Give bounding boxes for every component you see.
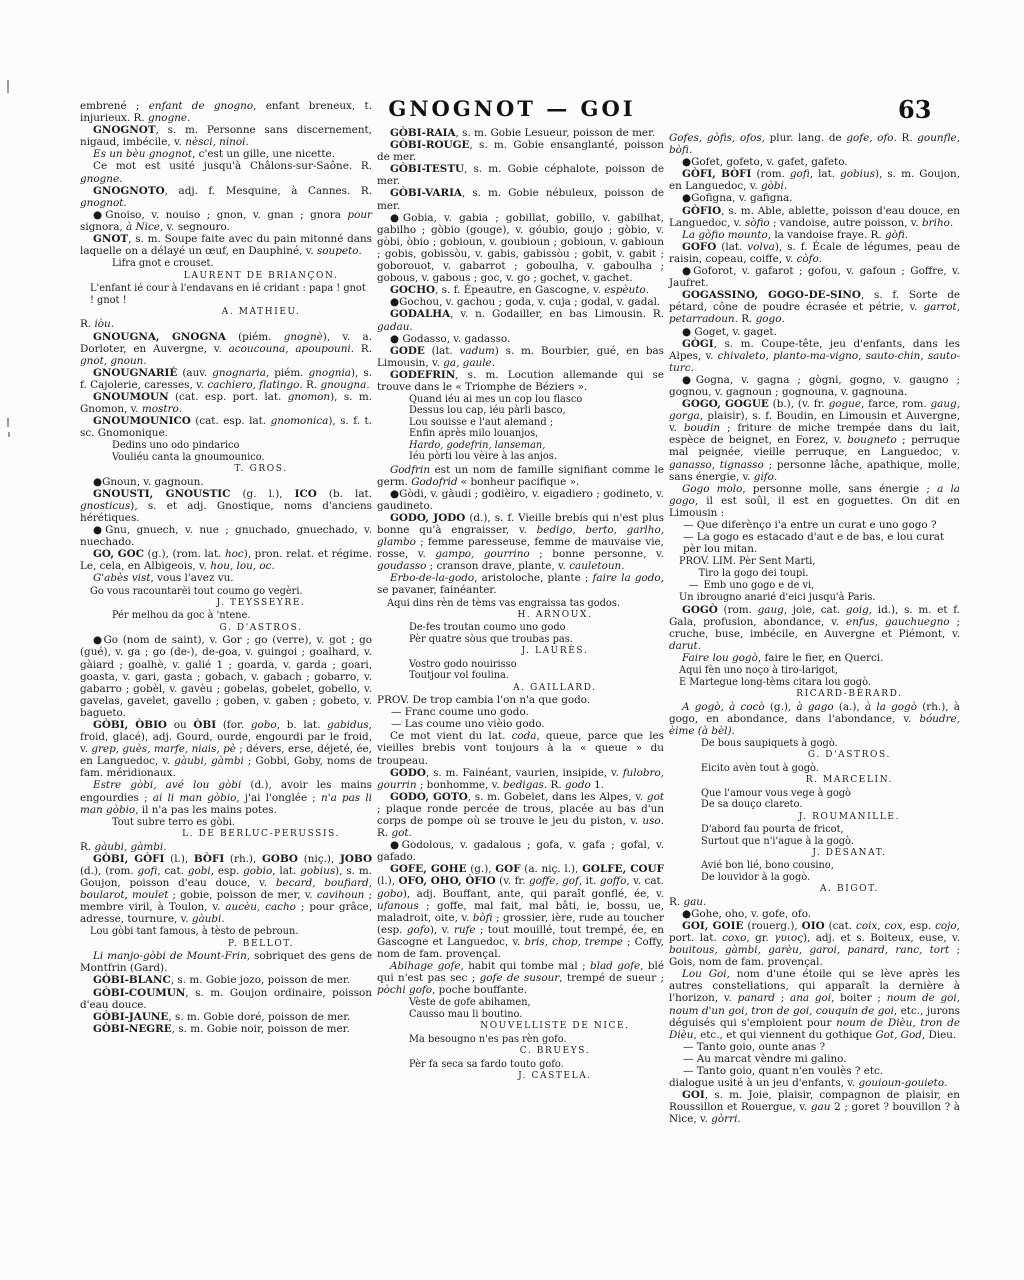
- dictionary-entry: GÒBI-BLANC, s. m. Gobie jozo, poisson de…: [80, 974, 372, 986]
- dictionary-entry: GNOGNOT, s. m. Personne sans discernemen…: [80, 124, 372, 148]
- dictionary-paragraph: embrené ; enfant de gnogno, enfant brene…: [80, 100, 372, 124]
- dictionary-paragraph: ●Gohe, oho, v. gofe, ofo.: [669, 908, 960, 920]
- verse-quote: Tout subre terro es gòbi.: [112, 817, 372, 828]
- dictionary-entry: GOI, GOIE (rouerg.), OIO (cat. coix, cox…: [669, 920, 960, 968]
- dictionary-paragraph: R. gàubi, gàmbi.: [80, 841, 372, 853]
- dictionary-entry: GÒBI-VARIA, s. m. Gobie nébuleux, poisso…: [377, 187, 664, 211]
- verse-quote: De bous saupiquets à gogò.: [701, 738, 960, 749]
- quote-attribution: RICARD-BÉRARD.: [669, 689, 960, 701]
- quote-attribution: L. DE BERLUC-PERUSSIS.: [80, 829, 372, 841]
- quote-attribution: G. D'ASTROS.: [669, 750, 960, 762]
- proverb-line: — Tanto goio, ounte anas ?: [669, 1041, 960, 1053]
- dictionary-paragraph: dialogue usité à un jeu d'enfants, v. go…: [669, 1077, 960, 1089]
- verse-quote: Vostro godo nouirisso Toutjour vol fouli…: [409, 659, 664, 682]
- quote-attribution: H. ARNOUX.: [377, 610, 664, 622]
- dictionary-paragraph: ●Goforot, v. gafarot ; gofou, v. gafoun …: [669, 265, 960, 289]
- dictionary-entry: GNOUMOUN (cat. esp. port. lat. gnomon), …: [80, 391, 372, 415]
- verse-quote: PROV. LIM. Pèr Sent Marti, Tiro la gogo …: [679, 556, 960, 579]
- dictionary-entry: GODEFRIN, s. m. Locution allemande qui s…: [377, 369, 664, 393]
- dictionary-paragraph: Gofes, gòfis, ofos, plur. lang. de gofe,…: [669, 132, 960, 156]
- dictionary-entry: GOFE, GOHE (g.), GOF (a. niç. l.), GOLFE…: [377, 863, 664, 960]
- proverb-line: — Que diferènço i'a entre un curat e uno…: [669, 519, 960, 531]
- dictionary-paragraph: ●Gogna, v. gagna ; gògni, gogno, v. gaug…: [669, 374, 960, 398]
- dictionary-paragraph: ●Godolous, v. gadalous ; gofa, v. gafa ;…: [377, 839, 664, 863]
- verse-quote: Lou gòbi tant famous, à tèsto de pebroun…: [90, 926, 372, 937]
- quote-attribution: A. BIGOT.: [669, 884, 960, 896]
- dictionary-entry: GNOT, s. m. Soupe faite avec du pain mit…: [80, 233, 372, 257]
- dictionary-paragraph: ●Gofigna, v. gafigna.: [669, 192, 960, 204]
- column-right: Gofes, gòfis, ofos, plur. lang. de gofe,…: [669, 132, 960, 1126]
- dictionary-paragraph: R. iòu.: [80, 318, 372, 330]
- dictionary-entry: GÒBI, GÒFI (l.), BÒFI (rh.), GOBO (niç.)…: [80, 853, 372, 926]
- dictionary-paragraph: A gogò, à cocò (g.), à gago (a.), à la g…: [669, 701, 960, 737]
- scan-artifact: [7, 80, 9, 93]
- verse-quote: Eicito avèn tout à gogò.: [701, 763, 960, 774]
- dictionary-entry: GNOUGNARIÉ (auv. gnognaria, piém. gnogni…: [80, 367, 372, 391]
- dictionary-entry: GNOGNOTO, adj. f. Mesquine, à Cannes. R.…: [80, 185, 372, 209]
- dictionary-paragraph: Ce mot est usité jusqu'à Châlons-sur-Saô…: [80, 160, 372, 184]
- dictionary-paragraph: Ce mot vient du lat. coda, queue, parce …: [377, 730, 664, 766]
- column-left: embrené ; enfant de gnogno, enfant brene…: [80, 100, 372, 1035]
- proverb-line: — Au marcat vèndre mi galino.: [669, 1053, 960, 1065]
- dictionary-paragraph: Lou Goi, nom d'une étoile qui se lève ap…: [669, 968, 960, 1041]
- verse-quote: Pér melhou da goc à 'ntene.: [112, 610, 372, 621]
- verse-quote: L'enfant ié cour à l'endavans en ié crid…: [90, 283, 372, 306]
- quote-attribution: T. GROS.: [80, 464, 372, 476]
- dictionary-paragraph: ●Gofet, gofeto, v. gafet, gafeto.: [669, 156, 960, 168]
- dictionary-entry: GNOUGNA, GNOGNA (piém. gnognè), v. a. Do…: [80, 331, 372, 367]
- dictionary-entry: GOCHO, s. f. Épeautre, en Gascogne, v. e…: [377, 284, 664, 296]
- verse-quote: Go vous racountarèi tout coumo go vegèri…: [90, 586, 372, 597]
- quote-attribution: J. TEYSSEYRE.: [80, 598, 372, 610]
- dictionary-entry: GÒBI-JAUNE, s. m. Gobie doré, poisson de…: [80, 1011, 372, 1023]
- dictionary-paragraph: ●Gnoiso, v. nouiso ; gnon, v. gnan ; gno…: [80, 209, 372, 233]
- dictionary-paragraph: ●Gochou, v. gachou ; goda, v. cuja ; god…: [377, 296, 664, 308]
- dictionary-entry: GÒBI-NEGRE, s. m. Gobie noir, poisson de…: [80, 1023, 372, 1035]
- scan-artifact: [8, 432, 10, 437]
- dictionary-paragraph: Erbo-de-la-godo, aristoloche, plante ; f…: [377, 572, 664, 596]
- scan-artifact: [7, 418, 9, 427]
- dictionary-entry: GÒBI, ÒBIO ou ÒBI (for. gobo, b. lat. ga…: [80, 719, 372, 779]
- dictionary-paragraph: Godfrin est un nom de famille signifiant…: [377, 464, 664, 488]
- dictionary-entry: GÒBI-COUMUN, s. m. Goujon ordinaire, poi…: [80, 987, 372, 1011]
- dictionary-entry: GÒGI, s. m. Coupe-tête, jeu d'enfants, d…: [669, 338, 960, 374]
- dictionary-paragraph: La gòfio mounto, la vandoise fraye. R. g…: [669, 229, 960, 241]
- column-middle: GÒBI-RAIA, s. m. Gobie Lesueur, poisson …: [377, 127, 664, 1083]
- verse-quote: Dedins uno odo pindarico Vouliéu canta l…: [112, 440, 372, 463]
- proverb-line: — La gogo es estacado d'aut e de bas, e …: [669, 531, 960, 555]
- proverb-line: — Franc coume uno godo.: [377, 706, 664, 718]
- dictionary-paragraph: ● Godasso, v. gadasso.: [377, 333, 664, 345]
- dictionary-paragraph: ● Goget, v. gaget.: [669, 326, 960, 338]
- dictionary-entry: GODALHA, v. n. Godailler, en bas Limousi…: [377, 308, 664, 332]
- dictionary-page: GNOGNOT — GOI 63 embrené ; enfant de gno…: [0, 0, 1024, 1280]
- dictionary-paragraph: Es un bèu gnognot, c'est un gille, une n…: [80, 148, 372, 160]
- dictionary-entry: GODE (lat. vadum) s. m. Bourbier, gué, e…: [377, 345, 664, 369]
- dictionary-entry: GOGO, GOGUE (b.), (v. fr. gogue, farce, …: [669, 398, 960, 483]
- dictionary-entry: GNOUMOUNICO (cat. esp. lat. gnomonica), …: [80, 415, 372, 439]
- quote-attribution: P. BELLOT.: [80, 939, 372, 951]
- dictionary-entry: GOGASSINO, GOGO-DE-SINO, s. f. Sorte de …: [669, 289, 960, 325]
- dictionary-entry: GOFO (lat. volva), s. f. Écale de légume…: [669, 241, 960, 265]
- dictionary-entry: GO, GOC (g.), (rom. lat. hoc), pron. rel…: [80, 548, 372, 572]
- verse-quote: Aqui fèn uno noço à tiro-larigot, E Mart…: [679, 665, 960, 688]
- quote-attribution: G. D'ASTROS.: [80, 623, 372, 635]
- quote-attribution: C. BRUEYS.: [377, 1046, 664, 1058]
- quote-attribution: NOUVELLISTE DE NICE.: [377, 1021, 664, 1033]
- dictionary-entry: GÒFI, BÒFI (rom. gofi, lat. gobius), s. …: [669, 168, 960, 192]
- verse-quote: Que l'amour vous vege à gogò De sa douço…: [701, 788, 960, 811]
- quote-attribution: LAURENT DE BRIANÇON.: [80, 271, 372, 283]
- dictionary-entry: GODO, s. m. Fainéant, vaurien, insipide,…: [377, 767, 664, 791]
- dictionary-entry: GÒFIO, s. m. Able, ablette, poisson d'ea…: [669, 205, 960, 229]
- proverb-line: — Tanto goio, quant n'en voulès ? etc.: [669, 1065, 960, 1077]
- page-number: 63: [898, 95, 931, 124]
- dictionary-paragraph: ●Gnoun, v. gagnoun.: [80, 476, 372, 488]
- dictionary-entry: GÒBI-RAIA, s. m. Gobie Lesueur, poisson …: [377, 127, 664, 139]
- quote-attribution: J. DÉSANAT.: [669, 848, 960, 860]
- verse-quote: Vèste de gofe abihamen, Causso mau li bo…: [409, 997, 664, 1020]
- dictionary-entry: GOGÒ (rom. gaug, joie, cat. goig, id.), …: [669, 604, 960, 652]
- dictionary-paragraph: ●Gobia, v. gabia ; gobillat, gobillo, v.…: [377, 212, 664, 285]
- dictionary-paragraph: G'abès vist, vous l'avez vu.: [80, 572, 372, 584]
- dictionary-entry: GÒBI-ROUGE, s. m. Gobie ensanglanté, poi…: [377, 139, 664, 163]
- verse-quote: — Emb uno gogo e de vi, Un ibrougno anar…: [679, 580, 960, 603]
- verse-quote: Lifra gnot e crouset.: [112, 258, 372, 269]
- dictionary-entry: GNOUSTI, GNOUSTIC (g. l.), ICO (b. lat. …: [80, 488, 372, 524]
- quote-attribution: J. CASTELA.: [377, 1071, 664, 1083]
- dictionary-entry: GÒBI-TESTU, s. m. Gobie céphalote, poiss…: [377, 163, 664, 187]
- dictionary-paragraph: Li manjo-gòbi de Mount-Frin, sobriquet d…: [80, 950, 372, 974]
- dictionary-paragraph: R. gau.: [669, 896, 960, 908]
- verse-quote: D'abord fau pourta de fricot, Surtout qu…: [701, 824, 960, 847]
- verse-quote: Quand iéu ai mes un cop lou flasco Dessu…: [409, 394, 664, 462]
- quote-attribution: J. ROUMANILLE.: [669, 812, 960, 824]
- dictionary-entry: GODO, GOTO, s. m. Gobelet, dans les Alpe…: [377, 791, 664, 839]
- proverb-line: — Las coume uno vièio godo.: [377, 718, 664, 730]
- dictionary-paragraph: Estre gòbi, avé lou gòbi (d.), avoir les…: [80, 779, 372, 815]
- quote-attribution: J. LAURÈS.: [377, 646, 664, 658]
- quote-attribution: A. GAILLARD.: [377, 683, 664, 695]
- dictionary-paragraph: ●Gnu, gnuech, v. nue ; gnuchado, gnuecha…: [80, 524, 372, 548]
- quote-attribution: A. MATHIEU.: [80, 307, 372, 319]
- dictionary-paragraph: ●Go (nom de saint), v. Gor ; go (verre),…: [80, 634, 372, 719]
- dictionary-paragraph: Gogo molo, personne molle, sans énergie …: [669, 483, 960, 519]
- verse-quote: Avié bon lié, bono cousino, De louvidor …: [701, 860, 960, 883]
- dictionary-paragraph: Abihage gofe, habit qui tombe mal ; blad…: [377, 960, 664, 996]
- dictionary-paragraph: ●Gòdi, v. gàudi ; godièiro, v. eigadiero…: [377, 488, 664, 512]
- dictionary-paragraph: Faire lou gogò, faire le fier, en Querci…: [669, 652, 960, 664]
- verse-quote: Aqui dins rèn de tèms vas engraissa tas …: [387, 598, 664, 609]
- verse-quote: De-fes troutan coumo uno godo Pèr quatre…: [409, 622, 664, 645]
- verse-quote: Ma besougno n'es pas rèn gofo.: [409, 1034, 664, 1045]
- dictionary-paragraph: PROV. De trop cambia l'on n'a que godo.: [377, 694, 664, 706]
- dictionary-entry: GOI, s. m. Joie, plaisir, compagnon de p…: [669, 1089, 960, 1125]
- quote-attribution: R. MARCELIN.: [669, 775, 960, 787]
- dictionary-entry: GODO, JODO (d.), s. f. Vieille brebis qu…: [377, 512, 664, 572]
- verse-quote: Pèr fa seca sa fardo touto gofo.: [409, 1059, 664, 1070]
